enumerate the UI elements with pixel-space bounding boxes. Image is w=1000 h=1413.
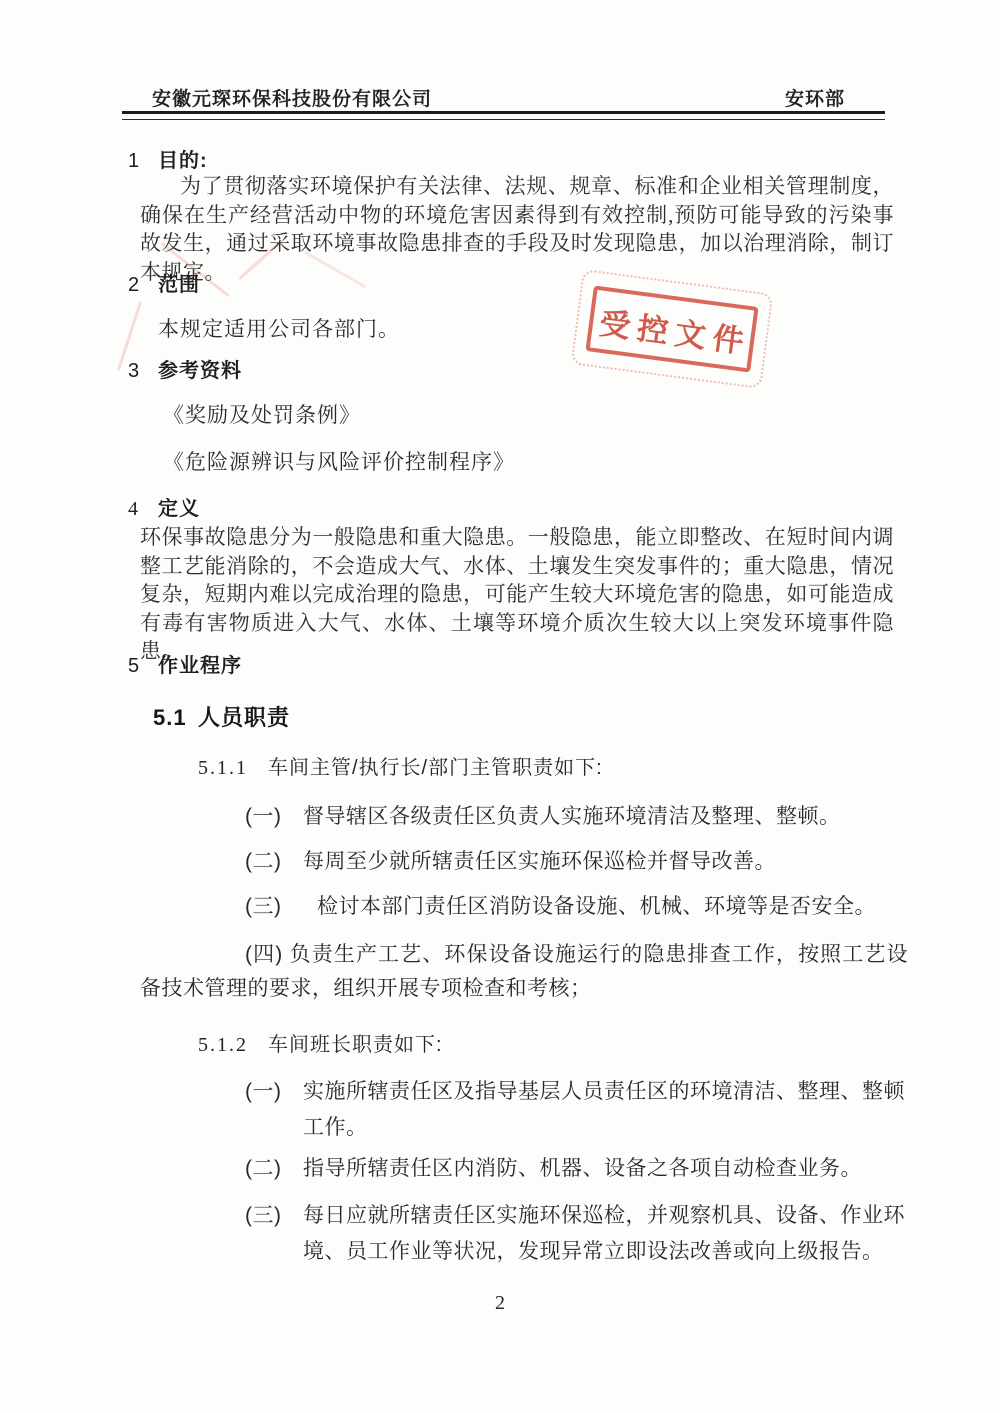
section-1-number: 1 xyxy=(128,150,158,173)
clause-5-1-1-number: 5.1.1 xyxy=(198,757,268,780)
section-4-heading: 4定义 xyxy=(128,492,200,521)
section-4-title: 定义 xyxy=(158,498,200,520)
section-3-number: 3 xyxy=(128,360,158,383)
section-4-number: 4 xyxy=(128,498,158,521)
item-text: 每日应就所辖责任区实施环保巡检，并观察机具、设备、作业环境、员工作业等状况，发现… xyxy=(303,1198,905,1270)
section-5-title: 作业程序 xyxy=(158,655,242,677)
item-marker: (一) xyxy=(245,799,303,835)
subsection-5-1-number: 5.1 xyxy=(153,705,198,731)
header-department: 安环部 xyxy=(785,84,845,111)
item-marker: (三) xyxy=(245,889,303,925)
clause-5-1-2-title: 车间班长职责如下: xyxy=(268,1034,443,1056)
item-marker: (三) xyxy=(245,1198,303,1234)
subsection-5-1-title: 人员职责 xyxy=(198,705,290,730)
section-4-body: 环保事故隐患分为一般隐患和重大隐患。一般隐患，能立即整改、在短时间内调整工艺能消… xyxy=(140,523,894,666)
clause-5-1-2-heading: 5.1.2车间班长职责如下: xyxy=(198,1028,443,1057)
clause-5-1-1-title: 车间主管/执行长/部门主管职责如下: xyxy=(268,757,603,779)
item-text: 实施所辖责任区及指导基层人员责任区的环境清洁、整理、整顿工作。 xyxy=(303,1074,905,1146)
reference-item: 《危险源辨识与风险评价控制程序》 xyxy=(163,446,515,476)
header-rule xyxy=(122,111,885,120)
section-3-title: 参考资料 xyxy=(158,360,242,382)
item-marker: (一) xyxy=(245,1074,303,1110)
item-marker: (二) xyxy=(245,1151,303,1187)
item-text: 每周至少就所辖责任区实施环保巡检并督导改善。 xyxy=(303,844,905,880)
section-2-body: 本规定适用公司各部门。 xyxy=(158,313,400,343)
list-item: (三) 每日应就所辖责任区实施环保巡检，并观察机具、设备、作业环境、员工作业等状… xyxy=(245,1198,905,1270)
page-number: 2 xyxy=(0,1292,1000,1315)
section-5-heading: 5作业程序 xyxy=(128,649,242,678)
section-5-number: 5 xyxy=(128,655,158,678)
section-2-heading: 2范围 xyxy=(128,268,200,297)
clause-5-1-1-heading: 5.1.1车间主管/执行长/部门主管职责如下: xyxy=(198,751,603,780)
list-item: (四) 负责生产工艺、环保设备设施运行的隐患排查工作，按照工艺设备技术管理的要求… xyxy=(140,938,908,1006)
section-3-heading: 3参考资料 xyxy=(128,354,242,383)
section-1-body: 为了贯彻落实环境保护有关法律、法规、规章、标准和企业相关管理制度，确保在生产经营… xyxy=(140,172,894,286)
list-item: (一) 督导辖区各级责任区负责人实施环境清洁及整理、整顿。 xyxy=(245,799,905,835)
stamp-text: 受控文件 xyxy=(590,296,754,361)
document-page: 安徽元琛环保科技股份有限公司 安环部 受控文件 1目的: 为了贯彻落实环境保护有… xyxy=(0,0,1000,1413)
section-1-heading: 1目的: xyxy=(128,144,208,173)
clause-5-1-2-number: 5.1.2 xyxy=(198,1034,268,1057)
subsection-5-1-heading: 5.1人员职责 xyxy=(153,701,290,732)
list-item: (三) 检讨本部门责任区消防设备设施、机械、环境等是否安全。 xyxy=(245,889,905,925)
section-2-number: 2 xyxy=(128,274,158,297)
item-marker: (二) xyxy=(245,844,303,880)
section-1-title: 目的: xyxy=(158,150,208,172)
reference-item: 《奖励及处罚条例》 xyxy=(163,399,361,429)
controlled-document-stamp: 受控文件 xyxy=(571,269,774,389)
item-text: 检讨本部门责任区消防设备设施、机械、环境等是否安全。 xyxy=(303,889,905,925)
list-item: (二) 每周至少就所辖责任区实施环保巡检并督导改善。 xyxy=(245,844,905,880)
header-company-name: 安徽元琛环保科技股份有限公司 xyxy=(152,84,432,111)
section-2-title: 范围 xyxy=(158,274,200,296)
list-item: (一) 实施所辖责任区及指导基层人员责任区的环境清洁、整理、整顿工作。 xyxy=(245,1074,905,1146)
item-text: 督导辖区各级责任区负责人实施环境清洁及整理、整顿。 xyxy=(303,799,905,835)
item-text: 指导所辖责任区内消防、机器、设备之各项自动检查业务。 xyxy=(303,1151,905,1187)
list-item: (二) 指导所辖责任区内消防、机器、设备之各项自动检查业务。 xyxy=(245,1151,905,1187)
